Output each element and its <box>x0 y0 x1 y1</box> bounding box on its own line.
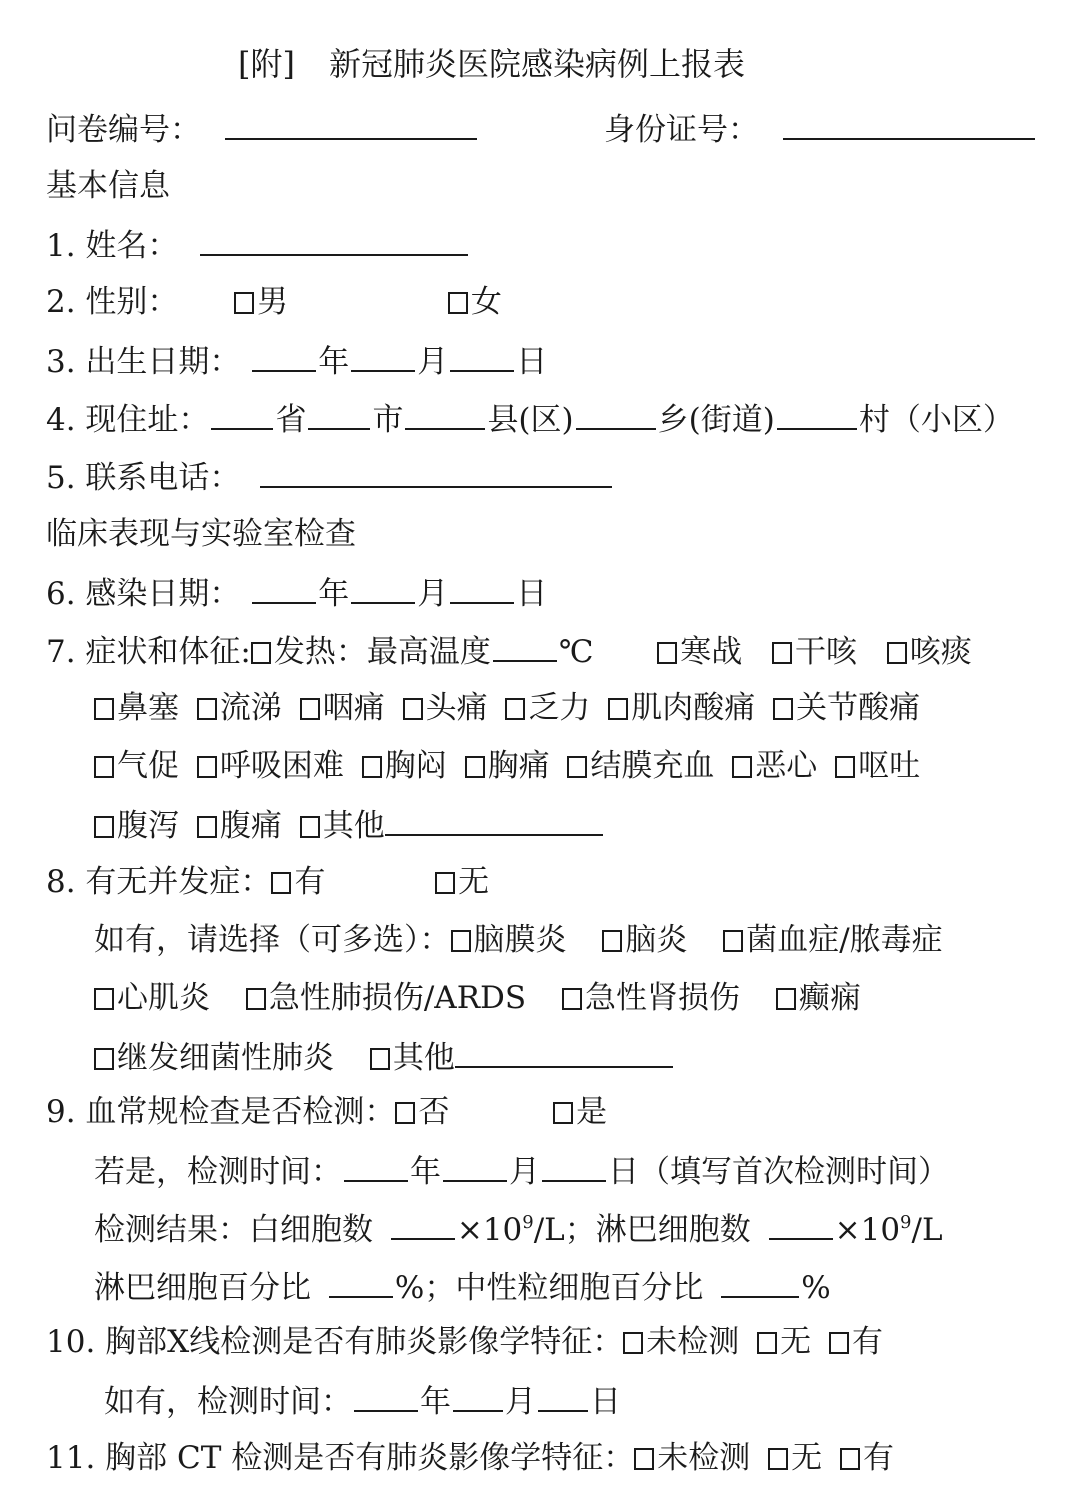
complication-meningitis[interactable]: 脑膜炎 <box>451 920 567 960</box>
symptom-sputum[interactable]: 咳痰 <box>887 632 972 672</box>
q8-sub-label: 如有，请选择（可多选）： <box>94 922 451 958</box>
wbc-count-field[interactable] <box>391 1208 455 1240</box>
symptom-fever[interactable]: 发热：最高温度 <box>251 632 491 672</box>
q10-test-time-row: 如有，检测时间：年月日 <box>104 1380 621 1420</box>
complication-myocarditis[interactable]: 心肌炎 <box>94 978 210 1018</box>
q7-symptoms-row-1: 7. 症状和体征:发热：最高温度℃ 寒战 干咳 咳痰 <box>46 630 972 670</box>
q6-label: 6. 感染日期： <box>46 576 240 612</box>
q2-gender-row: 2. 性别： 男 女 <box>46 282 502 322</box>
infection-month-field[interactable] <box>351 572 415 604</box>
blood-test-yes[interactable]: 是 <box>553 1092 607 1132</box>
checkbox[interactable] <box>197 698 217 720</box>
province-field[interactable] <box>211 398 273 430</box>
q2-label: 2. 性别： <box>46 284 178 320</box>
celsius-unit: ℃ <box>559 634 594 670</box>
q1-name-row: 1. 姓名： <box>46 224 470 264</box>
checkbox[interactable] <box>362 756 382 778</box>
checkbox[interactable] <box>403 698 423 720</box>
complication-sepsis[interactable]: 菌血症/脓毒症 <box>723 920 942 960</box>
checkbox[interactable] <box>723 930 743 952</box>
checkbox[interactable] <box>602 930 622 952</box>
neutrophil-percent-field[interactable] <box>721 1266 799 1298</box>
blood-test-month-field[interactable] <box>443 1150 507 1182</box>
symptom-nausea[interactable]: 恶心 <box>732 746 817 786</box>
xray-month-field[interactable] <box>453 1380 503 1412</box>
xray-yes[interactable]: 有 <box>829 1322 883 1362</box>
symptom-headache[interactable]: 头痛 <box>403 688 488 728</box>
symptom-other-field[interactable] <box>385 804 603 836</box>
symptom-chills[interactable]: 寒战 <box>657 632 742 672</box>
gender-option-female[interactable]: 女 <box>448 282 502 322</box>
ct-not-tested[interactable]: 未检测 <box>634 1438 750 1478</box>
title-prefix: [附] <box>238 45 295 83</box>
symptom-fatigue[interactable]: 乏力 <box>505 688 590 728</box>
complication-acute-kidney-injury[interactable]: 急性肾损伤 <box>562 978 740 1018</box>
checkbox[interactable] <box>757 1332 777 1354</box>
checkbox[interactable] <box>197 816 217 838</box>
symptom-abdominal-pain[interactable]: 腹痛 <box>197 806 282 846</box>
section-heading-clinical: 临床表现与实验室检查 <box>46 514 356 554</box>
symptom-dyspnea[interactable]: 呼吸困难 <box>197 746 344 786</box>
county-field[interactable] <box>405 398 485 430</box>
q10-time-label: 如有，检测时间： <box>104 1384 352 1420</box>
q1-label: 1. 姓名： <box>46 228 178 264</box>
complication-ards[interactable]: 急性肺损伤/ARDS <box>246 978 526 1018</box>
gender-option-male[interactable]: 男 <box>234 282 288 322</box>
checkbox[interactable] <box>553 1102 573 1124</box>
title-text: 新冠肺炎医院感染病例上报表 <box>329 45 745 83</box>
symptom-shortness-of-breath[interactable]: 气促 <box>94 746 179 786</box>
symptom-conjunctival-congestion[interactable]: 结膜充血 <box>567 746 714 786</box>
phone-field[interactable] <box>260 456 612 488</box>
city-field[interactable] <box>308 398 370 430</box>
birth-month-field[interactable] <box>351 340 415 372</box>
q4-label: 4. 现住址： <box>46 402 209 438</box>
xray-year-field[interactable] <box>354 1380 418 1412</box>
q9-percent-row: 淋巴细胞百分比 %；中性粒细胞百分比 % <box>94 1266 831 1306</box>
id-number-label: 身份证号： <box>604 112 759 148</box>
questionnaire-number-label: 问卷编号： <box>46 112 201 148</box>
q11-ct-row: 11. 胸部 CT 检测是否有肺炎影像学特征：未检测 无 有 <box>46 1438 894 1478</box>
q7-symptoms-row-4: 腹泻 腹痛 其他 <box>94 804 603 844</box>
checkbox[interactable] <box>395 1102 415 1124</box>
township-field[interactable] <box>576 398 656 430</box>
checkbox[interactable] <box>567 756 587 778</box>
complication-epilepsy[interactable]: 癫痫 <box>776 978 861 1018</box>
checkbox[interactable] <box>768 1448 788 1470</box>
max-temperature-field[interactable] <box>493 630 557 662</box>
checkbox[interactable] <box>835 756 855 778</box>
checkbox[interactable] <box>94 816 114 838</box>
checkbox[interactable] <box>776 988 796 1010</box>
birth-year-field[interactable] <box>252 340 316 372</box>
complication-other-field[interactable] <box>455 1036 673 1068</box>
checkbox[interactable] <box>451 930 471 952</box>
q7-symptoms-row-3: 气促 呼吸困难 胸闷 胸痛 结膜充血 恶心 呕吐 <box>94 746 920 786</box>
ct-yes[interactable]: 有 <box>840 1438 894 1478</box>
symptom-muscle-pain[interactable]: 肌肉酸痛 <box>608 688 755 728</box>
lymphocyte-percent-field[interactable] <box>329 1266 393 1298</box>
checkbox[interactable] <box>300 816 320 838</box>
q8-label: 8. 有无并发症： <box>46 864 271 900</box>
checkbox[interactable] <box>887 642 907 664</box>
xray-not-tested[interactable]: 未检测 <box>623 1322 739 1362</box>
checkbox[interactable] <box>197 756 217 778</box>
blood-test-year-field[interactable] <box>344 1150 408 1182</box>
blood-test-day-field[interactable] <box>542 1150 606 1182</box>
checkbox[interactable] <box>435 872 455 894</box>
infection-year-field[interactable] <box>252 572 316 604</box>
checkbox[interactable] <box>300 698 320 720</box>
checkbox[interactable] <box>94 698 114 720</box>
name-field[interactable] <box>200 224 468 256</box>
infection-day-field[interactable] <box>450 572 514 604</box>
complication-yes[interactable]: 有 <box>271 862 325 902</box>
q9-time-note: （填写首次检测时间） <box>639 1154 949 1190</box>
checkbox[interactable] <box>840 1448 860 1470</box>
symptom-dry-cough[interactable]: 干咳 <box>772 632 857 672</box>
symptom-joint-pain[interactable]: 关节酸痛 <box>773 688 920 728</box>
ct-no[interactable]: 无 <box>768 1438 822 1478</box>
symptom-diarrhea[interactable]: 腹泻 <box>94 806 179 846</box>
blood-test-no[interactable]: 否 <box>395 1092 449 1132</box>
checkbox-male[interactable] <box>234 292 254 314</box>
symptom-vomiting[interactable]: 呕吐 <box>835 746 920 786</box>
symptom-sore-throat[interactable]: 咽痛 <box>300 688 385 728</box>
xray-no[interactable]: 无 <box>757 1322 811 1362</box>
checkbox[interactable] <box>773 698 793 720</box>
q10-label: 10. 胸部X线检测是否有肺炎影像学特征： <box>46 1324 623 1360</box>
checkbox-fever[interactable] <box>251 642 271 664</box>
questionnaire-number-row: 问卷编号： <box>46 108 479 148</box>
symptom-runny-nose[interactable]: 流涕 <box>197 688 282 728</box>
symptom-chest-pain[interactable]: 胸痛 <box>465 746 550 786</box>
checkbox[interactable] <box>634 1448 654 1470</box>
complication-encephalitis[interactable]: 脑炎 <box>602 920 687 960</box>
symptom-nasal-congestion[interactable]: 鼻塞 <box>94 688 179 728</box>
q6-infection-date-row: 6. 感染日期： 年月日 <box>46 572 547 612</box>
checkbox[interactable] <box>562 988 582 1010</box>
q3-label: 3. 出生日期： <box>46 344 240 380</box>
id-number-field[interactable] <box>783 108 1035 140</box>
complication-no[interactable]: 无 <box>435 862 489 902</box>
checkbox[interactable] <box>465 756 485 778</box>
q9-results-row: 检测结果：白细胞数 ×109/L；淋巴细胞数 ×109/L <box>94 1208 943 1248</box>
xray-day-field[interactable] <box>538 1380 588 1412</box>
questionnaire-number-field[interactable] <box>225 108 477 140</box>
q3-birthdate-row: 3. 出生日期： 年月日 <box>46 340 547 380</box>
q9-result-label: 检测结果： <box>94 1212 249 1248</box>
q11-label: 11. 胸部 CT 检测是否有肺炎影像学特征： <box>46 1440 634 1476</box>
checkbox-female[interactable] <box>448 292 468 314</box>
birth-day-field[interactable] <box>450 340 514 372</box>
q4-address-row: 4. 现住址：省市县(区)乡(街道)村（小区） <box>46 398 1014 438</box>
form-title: [附]新冠肺炎医院感染病例上报表 <box>238 44 745 84</box>
q10-xray-row: 10. 胸部X线检测是否有肺炎影像学特征：未检测 无 有 <box>46 1322 883 1362</box>
q8-sub-row-3: 继发细菌性肺炎 其他 <box>94 1036 673 1076</box>
section-heading-basic: 基本信息 <box>46 166 170 206</box>
symptom-other[interactable]: 其他 <box>300 806 385 846</box>
q9-blood-test-row: 9. 血常规检查是否检测：否 是 <box>46 1092 607 1132</box>
id-number-row: 身份证号： <box>604 108 1037 148</box>
q8-sub-row-2: 心肌炎 急性肺损伤/ARDS 急性肾损伤 癫痫 <box>94 978 861 1018</box>
checkbox[interactable] <box>370 1048 390 1070</box>
checkbox[interactable] <box>271 872 291 894</box>
q8-sub-row-1: 如有，请选择（可多选）：脑膜炎 脑炎 菌血症/脓毒症 <box>94 920 943 960</box>
checkbox[interactable] <box>772 642 792 664</box>
q9-time-label: 若是，检测时间： <box>94 1154 342 1190</box>
q9-label: 9. 血常规检查是否检测： <box>46 1094 395 1130</box>
checkbox[interactable] <box>732 756 752 778</box>
symptom-chest-tightness[interactable]: 胸闷 <box>362 746 447 786</box>
checkbox[interactable] <box>623 1332 643 1354</box>
q8-complications-row: 8. 有无并发症：有 无 <box>46 862 489 902</box>
complication-other[interactable]: 其他 <box>370 1038 455 1078</box>
q9-test-time-row: 若是，检测时间：年月日（填写首次检测时间） <box>94 1150 949 1190</box>
q5-phone-row: 5. 联系电话： <box>46 456 614 496</box>
q7-symptoms-row-2: 鼻塞 流涕 咽痛 头痛 乏力 肌肉酸痛 关节酸痛 <box>94 688 920 728</box>
checkbox[interactable] <box>94 988 114 1010</box>
q5-label: 5. 联系电话： <box>46 460 240 496</box>
checkbox[interactable] <box>94 1048 114 1070</box>
checkbox[interactable] <box>94 756 114 778</box>
q7-label: 7. 症状和体征: <box>46 634 251 670</box>
checkbox[interactable] <box>657 642 677 664</box>
village-field[interactable] <box>777 398 857 430</box>
complication-bacterial-pneumonia[interactable]: 继发细菌性肺炎 <box>94 1038 334 1078</box>
checkbox[interactable] <box>246 988 266 1010</box>
checkbox[interactable] <box>505 698 525 720</box>
checkbox[interactable] <box>829 1332 849 1354</box>
lymphocyte-count-field[interactable] <box>769 1208 833 1240</box>
checkbox[interactable] <box>608 698 628 720</box>
